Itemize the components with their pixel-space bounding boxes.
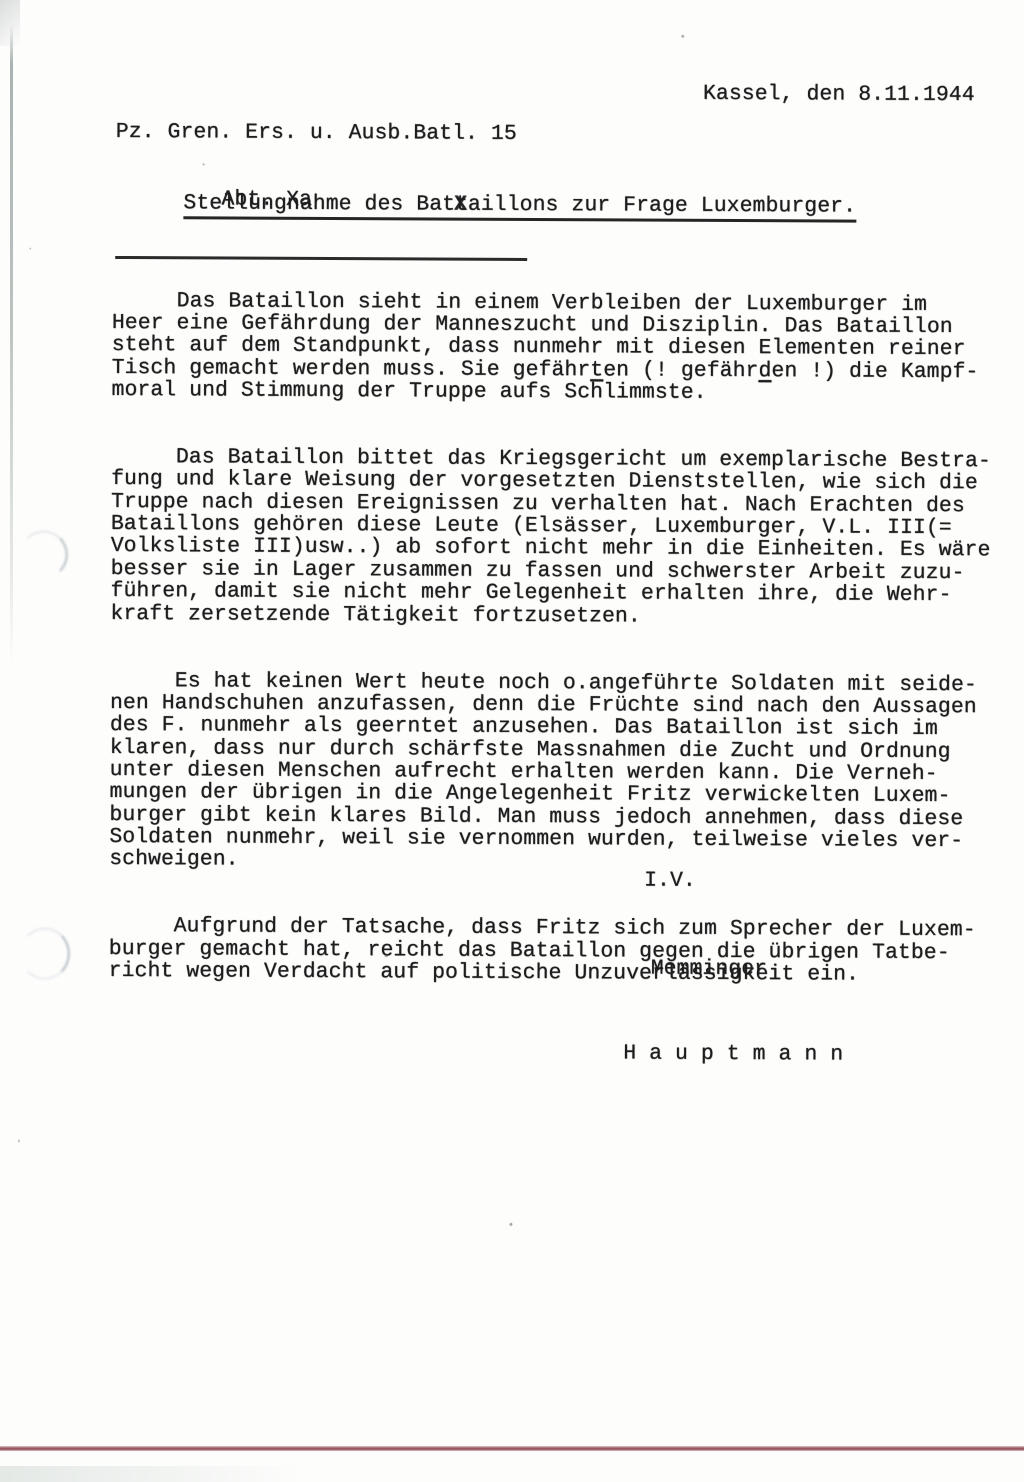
scanned-document-page: Pz. Gren. Ers. u. Ausb.Batl. 15 Abt. Xa … (0, 0, 1024, 1482)
scan-speck (18, 1140, 20, 1143)
paragraph-3: Es hat keinen Wert heute noch o.angeführ… (109, 669, 1010, 874)
letter-body: Das Bataillon sieht in einem Verbleiben … (108, 245, 1012, 1031)
punch-hole-shadow-top (20, 531, 68, 579)
signature-name: Memminger (651, 957, 844, 980)
punch-hole-shadow-bottom (20, 928, 70, 980)
document-title: Stellungnahme des BattXaillons zur Frage… (183, 192, 856, 223)
scan-speck (509, 1223, 512, 1226)
paper-sheet: Pz. Gren. Ers. u. Ausb.Batl. 15 Abt. Xa … (0, 0, 1024, 1482)
scan-speck (29, 248, 31, 250)
sender-unit-block: Pz. Gren. Ers. u. Ausb.Batl. 15 Abt. Xa (115, 76, 528, 261)
paragraph-1: Das Bataillon sieht in einem Verbleiben … (111, 290, 1012, 406)
signature-iv: I.V. (644, 869, 844, 892)
signature-block: I.V. Memminger H a u p t m a n n (623, 824, 844, 1110)
scan-speck (681, 35, 684, 38)
sender-unit-line1: Pz. Gren. Ers. u. Ausb.Batl. 15 (116, 121, 528, 145)
signature-rank: H a u p t m a n n (623, 1042, 843, 1065)
paragraph-4: Aufgrund der Tatsache, dass Fritz sich z… (109, 915, 1009, 986)
paragraph-2: Das Bataillon bittet das Kriegsgericht u… (110, 446, 1011, 629)
place-and-date: Kassel, den 8.11.1944 (703, 83, 975, 107)
